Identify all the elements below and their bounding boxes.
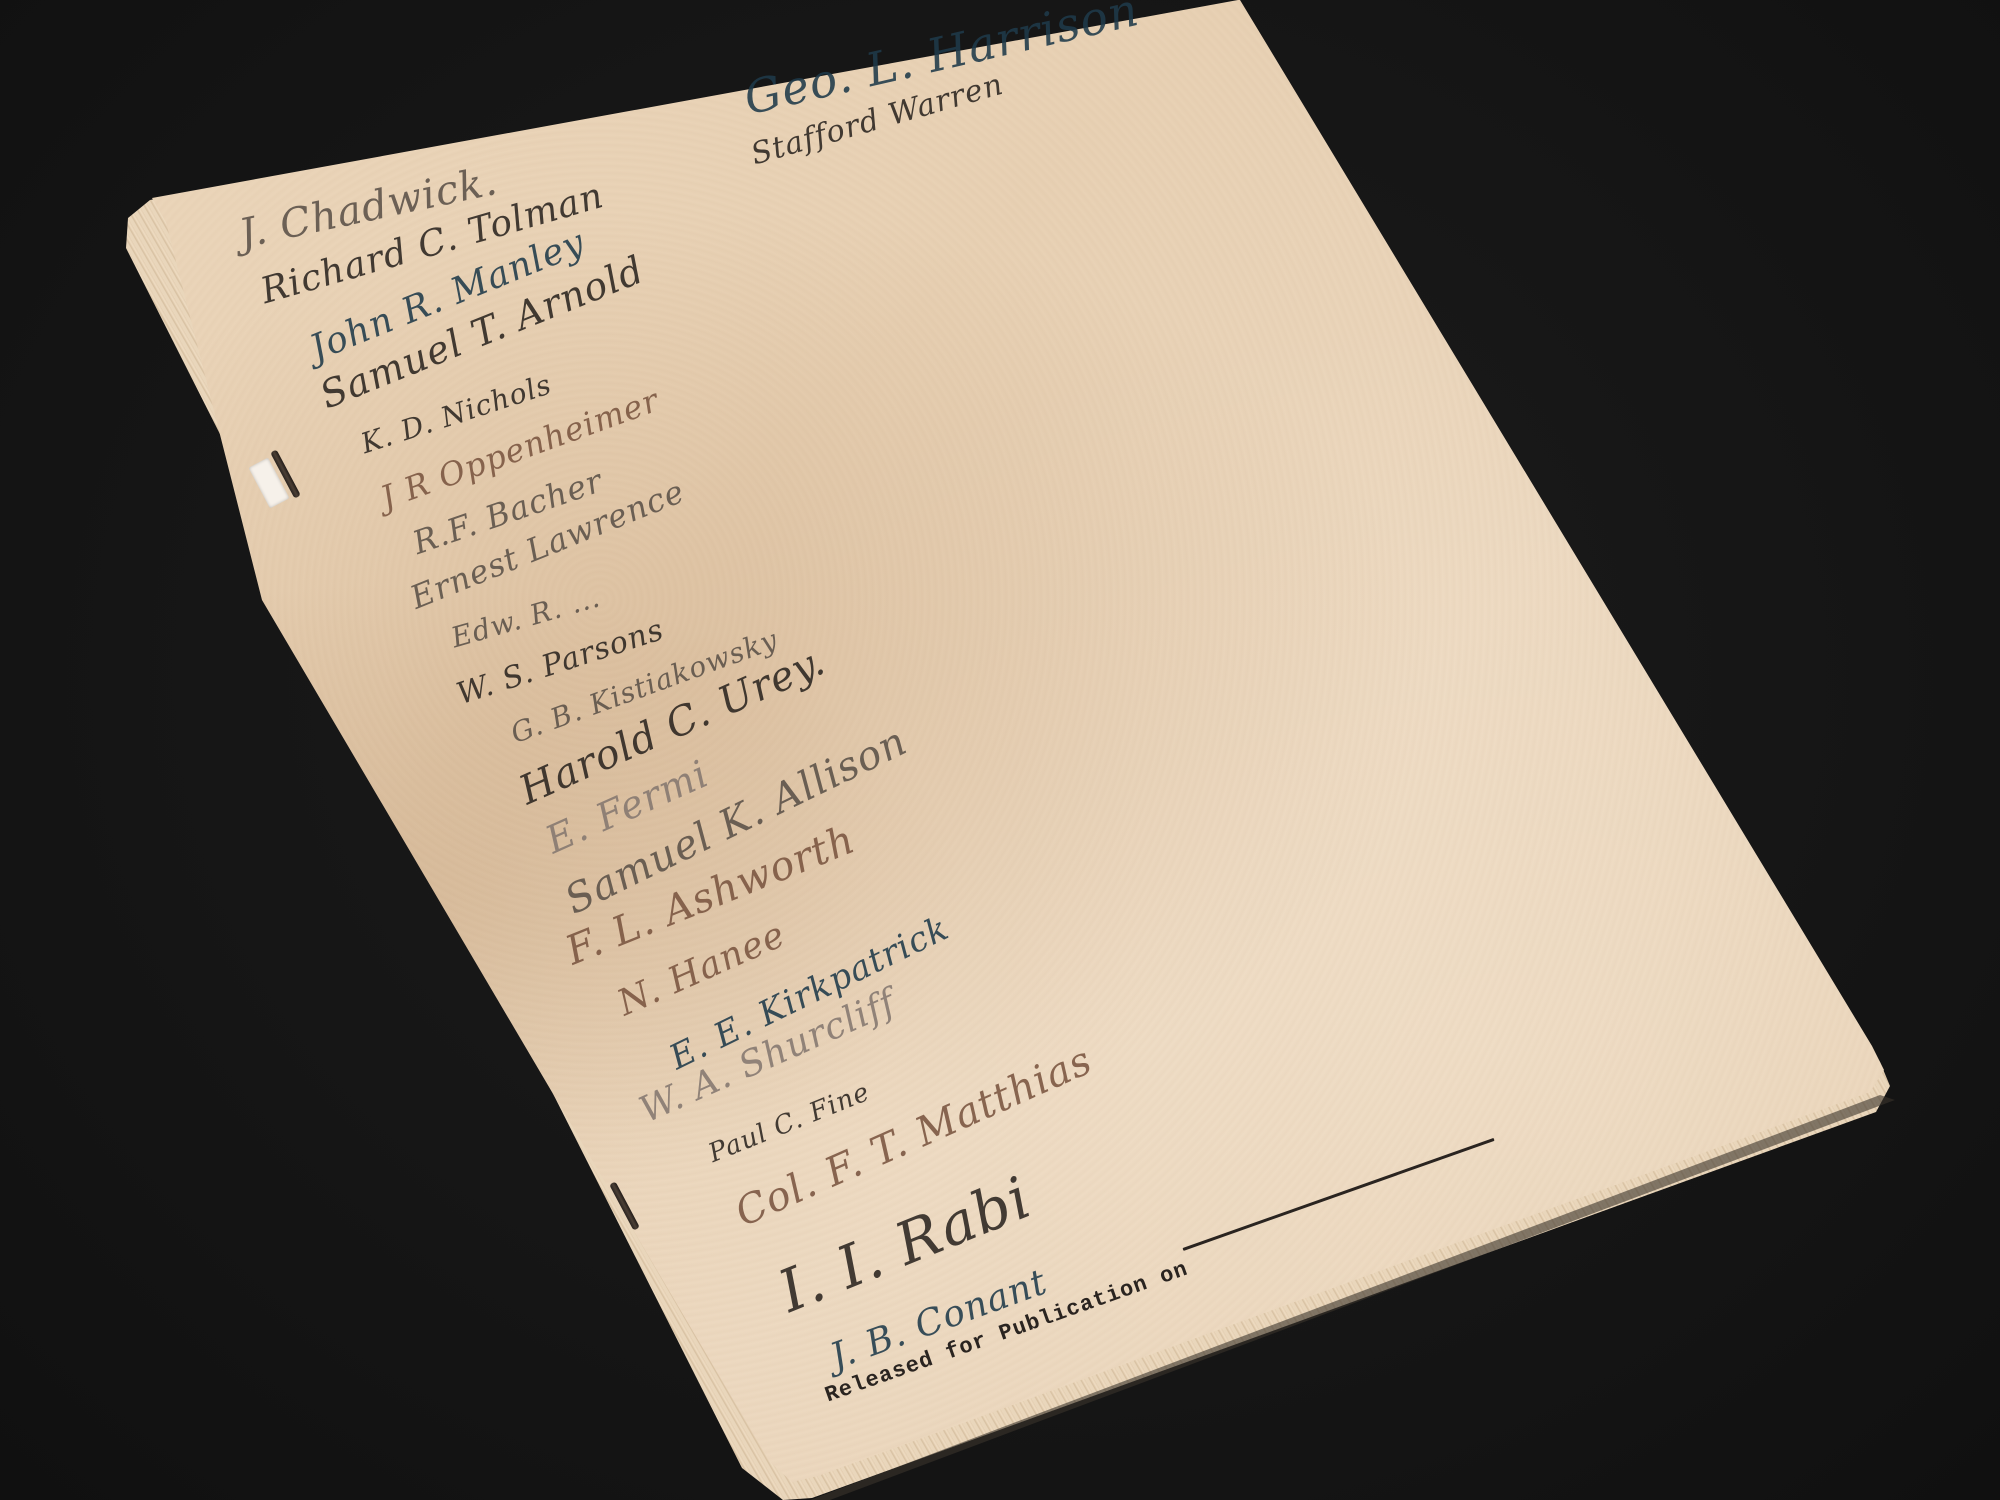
photo-scene: Geo. L. Harrison Stafford Warren J. Chad… [0,0,2000,1500]
booklet: Geo. L. Harrison Stafford Warren J. Chad… [0,0,2000,1500]
